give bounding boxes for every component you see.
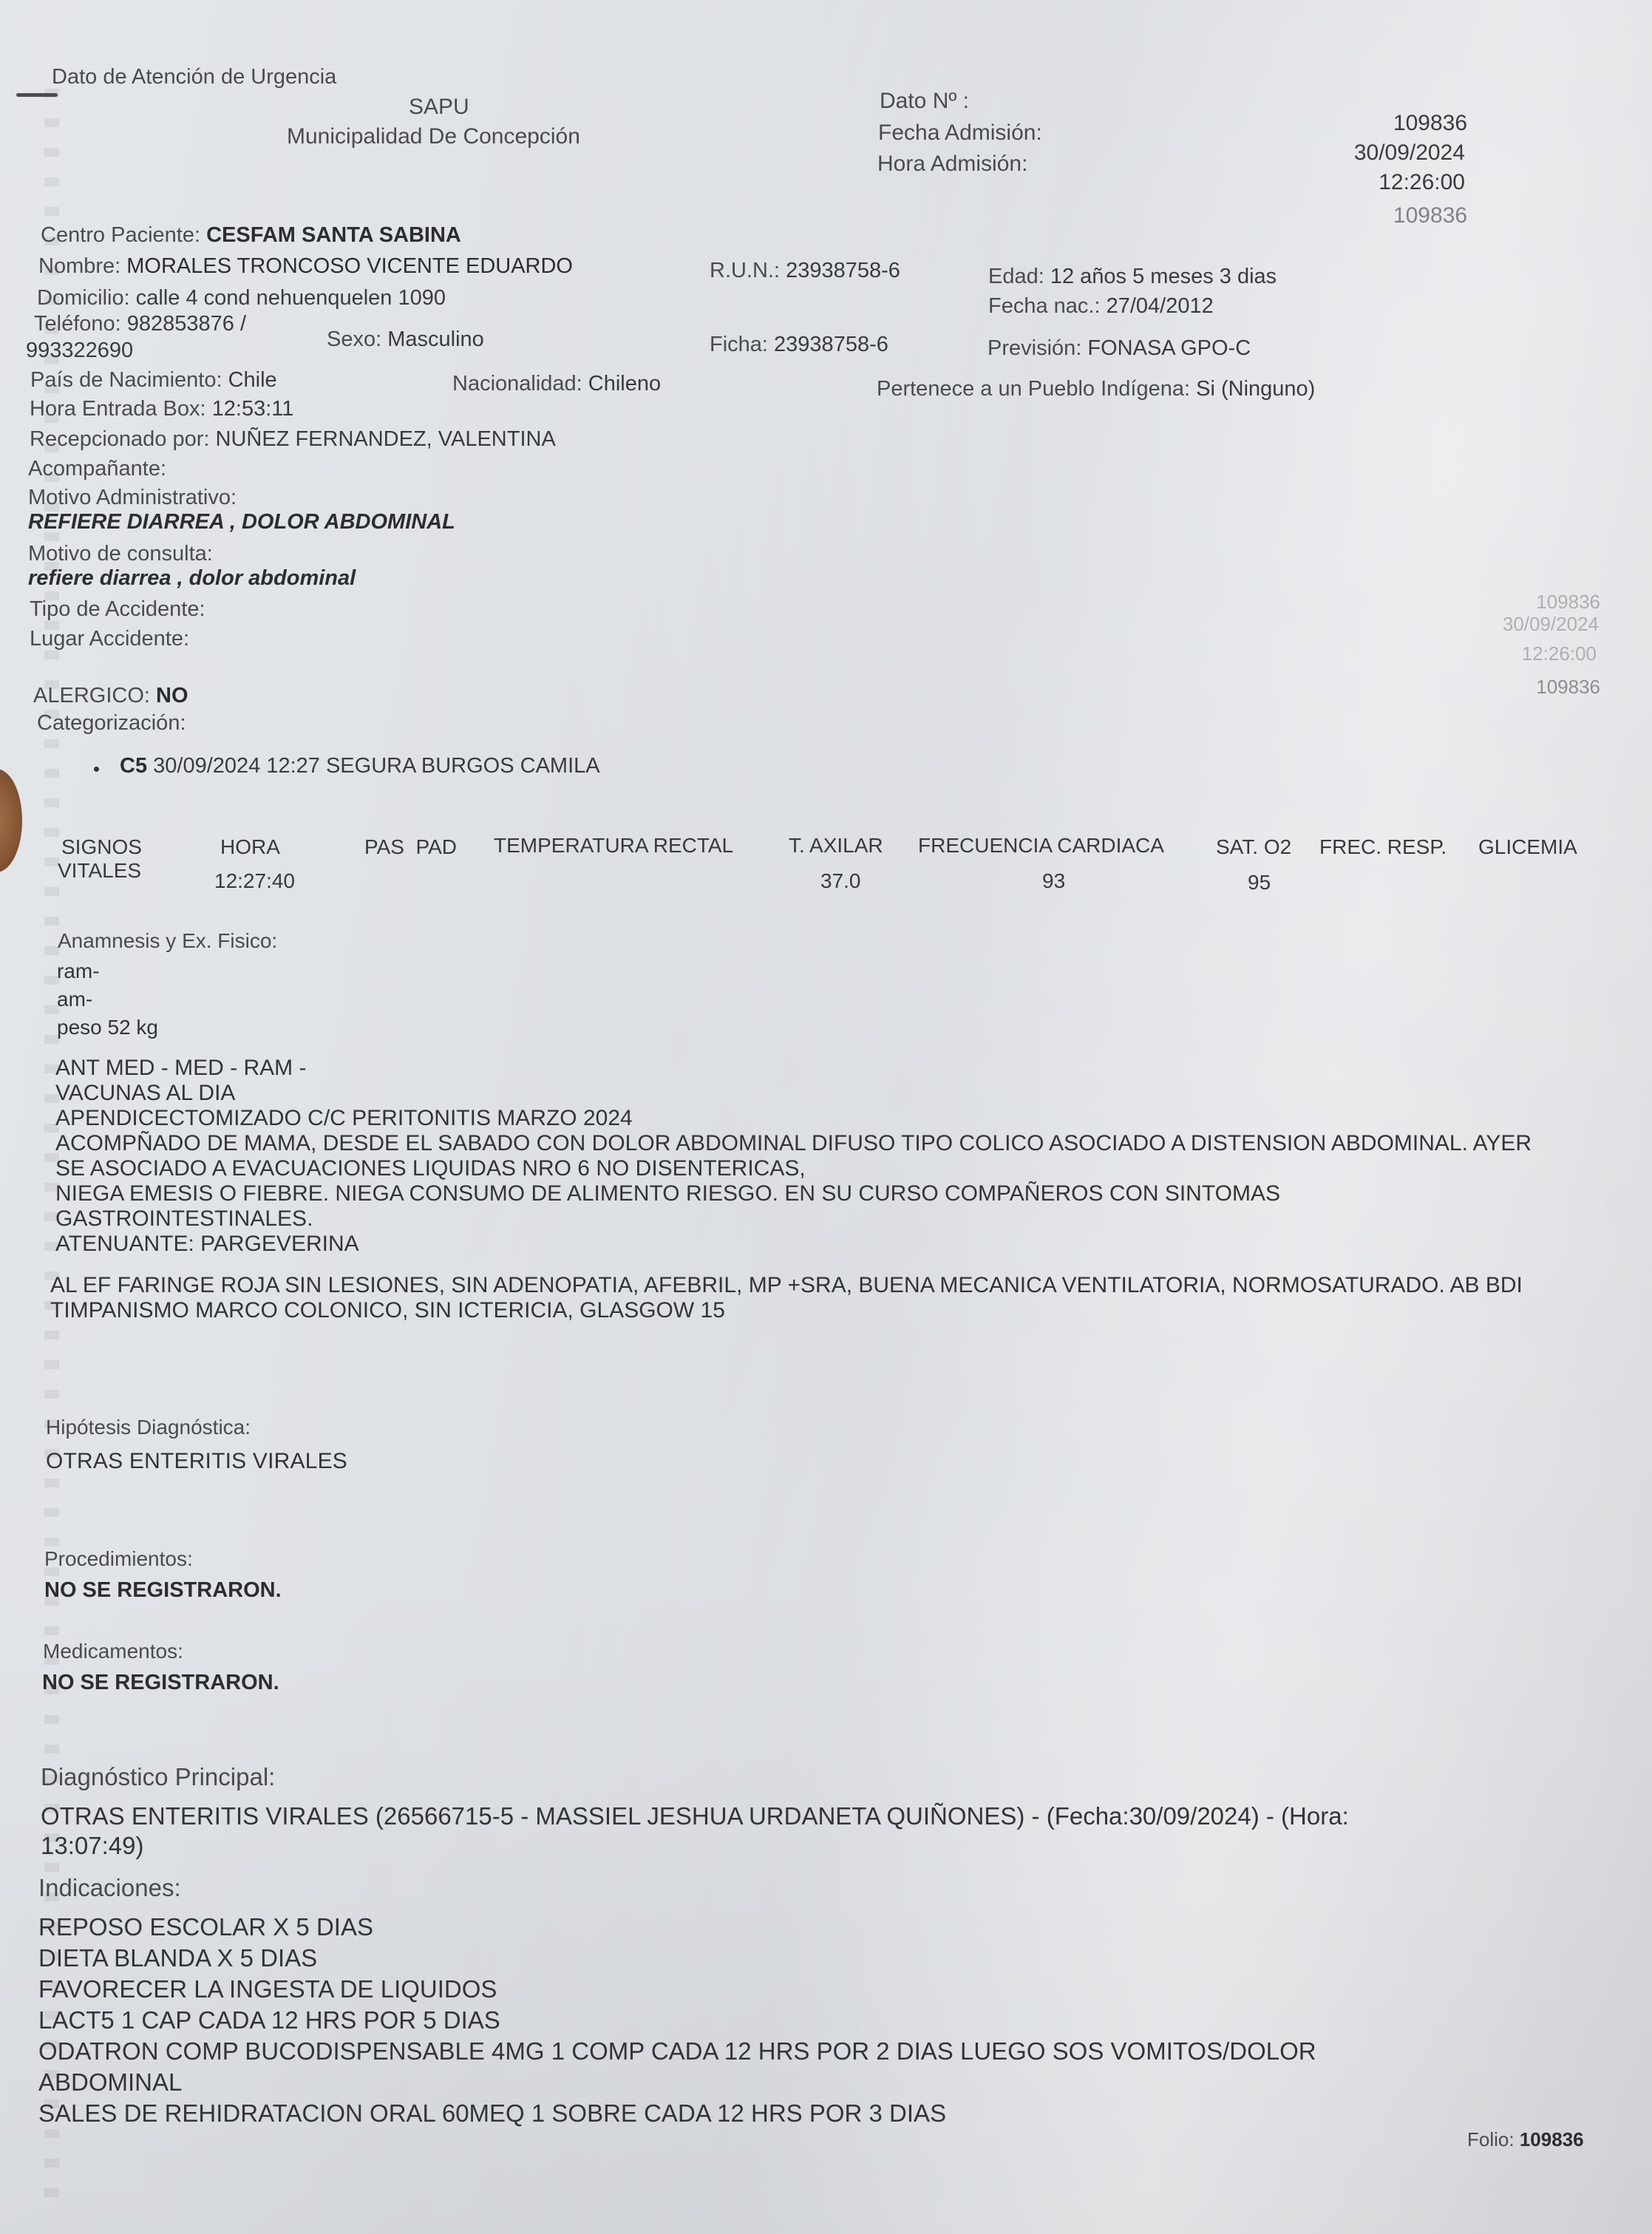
hora-box-value: 12:53:11 [212,397,294,421]
indicaciones-list: REPOSO ESCOLAR X 5 DIAS DIETA BLANDA X 5… [38,1912,1316,2129]
municipality-name: Municipalidad De Concepción [287,124,580,150]
hipotesis-label: Hipótesis Diagnóstica: [46,1416,251,1439]
procedimientos-label: Procedimientos: [44,1547,193,1571]
vitals-header-glicemia: GLICEMIA [1478,835,1577,859]
run-value: 23938758-6 [786,259,900,282]
indicaciones-label: Indicaciones: [38,1874,181,1902]
vitals-header-frec-cardiaca: FRECUENCIA CARDIACA [918,834,1164,858]
vitals-value-t-axilar: 37.0 [820,869,861,893]
pen-underline-mark [16,93,58,97]
run-row: R.U.N.: 23938758-6 [710,259,900,283]
fecha-admision-label: Fecha Admisión: [878,120,1042,146]
telefono-value-1: 982853876 / [127,312,246,336]
domicilio-value: calle 4 cond nehuenquelen 1090 [136,286,446,310]
pueblo-indigena-row: Pertenece a un Pueblo Indígena: Si (Ning… [877,377,1315,401]
anamnesis-line: APENDICECTOMIZADO C/C PERITONITIS MARZO … [55,1106,1532,1131]
motivo-admin-label: Motivo Administrativo: [28,486,237,510]
nacionalidad-label: Nacionalidad: [452,372,582,395]
indicacion-item: SALES DE REHIDRATACION ORAL 60MEQ 1 SOBR… [38,2098,1316,2129]
anamnesis-line: SE ASOCIADO A EVACUACIONES LIQUIDAS NRO … [55,1156,1532,1181]
ghost-mark: 30/09/2024 [1503,614,1599,636]
categorizacion-label: Categorización: [37,711,186,736]
hora-admision-value: 12:26:00 [1379,170,1465,196]
anamnesis-notes-a: ram- am- peso 52 kg [57,957,158,1042]
motivo-admin-value: REFIERE DIARREA , DOLOR ABDOMINAL [28,510,455,534]
vitals-header-temp-rectal: TEMPERATURA RECTAL [494,834,733,858]
edad-value: 12 años 5 meses 3 dias [1050,265,1277,288]
run-label: R.U.N.: [710,259,780,282]
folio-label: Folio: [1467,2128,1515,2150]
vitals-title-1: SIGNOS [61,835,142,859]
pais-label: País de Nacimiento: [30,368,222,392]
vitals-value-hora: 12:27:40 [214,869,295,893]
ghost-mark: 109836 [1536,676,1600,699]
categorizacion-entry: C5 30/09/2024 12:27 SEGURA BURGOS CAMILA [120,754,600,778]
institution-name: SAPU [409,95,469,120]
centro-value: CESFAM SANTA SABINA [206,223,461,247]
indicacion-item: LACT5 1 CAP CADA 12 HRS POR 5 DIAS [38,2005,1316,2036]
fecha-nac-value: 27/04/2012 [1107,294,1214,318]
anamnesis-line: ATENUANTE: PARGEVERINA [55,1232,1532,1257]
lugar-accidente-label: Lugar Accidente: [30,627,189,651]
anamnesis-line: VACUNAS AL DIA [55,1081,1532,1106]
bullet-icon [94,767,99,772]
alergico-value: NO [156,684,188,707]
dato-label: Dato Nº : [880,89,969,115]
vitals-header-frec-resp: FREC. RESP. [1319,835,1447,859]
ghost-mark: 12:26:00 [1522,643,1597,665]
edad-label: Edad: [988,265,1044,288]
categorizacion-code: C5 [120,754,147,778]
motivo-consulta-label: Motivo de consulta: [28,542,213,566]
ghost-mark: 109836 [1536,591,1600,614]
hora-box-row: Hora Entrada Box: 12:53:11 [30,397,293,421]
prevision-label: Previsión: [988,336,1081,360]
alergico-label: ALERGICO: [33,684,150,707]
sexo-label: Sexo: [327,327,381,351]
domicilio-label: Domicilio: [37,286,130,310]
vitals-header-pas-pad: PAS PAD [364,835,457,859]
anamnesis-line: ANT MED - MED - RAM - [55,1056,1532,1081]
folio-value: 109836 [1520,2128,1584,2150]
telefono-value-2: 993322690 [26,339,133,363]
motivo-consulta-value: refiere diarrea , dolor abdominal [28,566,356,591]
nacionalidad-row: Nacionalidad: Chileno [452,372,661,396]
telefono-label: Teléfono: [34,312,121,336]
hora-box-label: Hora Entrada Box: [30,397,206,421]
vitals-header-sat-o2: SAT. O2 [1216,835,1291,859]
indicacion-item: ODATRON COMP BUCODISPENSABLE 4MG 1 COMP … [38,2036,1316,2067]
categorizacion-detail: 30/09/2024 12:27 SEGURA BURGOS CAMILA [153,754,599,778]
domicilio-row: Domicilio: calle 4 cond nehuenquelen 109… [37,286,446,310]
anamnesis-notes-b: ANT MED - MED - RAM - VACUNAS AL DIA APE… [55,1056,1532,1257]
fecha-nac-label: Fecha nac.: [988,294,1101,318]
fecha-admision-value: 30/09/2024 [1354,140,1465,166]
diagnostico-label: Diagnóstico Principal: [41,1763,275,1791]
vitals-header-t-axilar: T. AXILAR [789,834,883,858]
nombre-label: Nombre: [38,254,120,278]
nombre-row: Nombre: MORALES TRONCOSO VICENTE EDUARDO [38,254,573,279]
vitals-value-sat-o2: 95 [1248,871,1271,894]
anamnesis-line: am- [57,985,158,1014]
ficha-row: Ficha: 23938758-6 [710,333,888,357]
prevision-value: FONASA GPO-C [1087,336,1251,360]
centro-label: Centro Paciente: [41,223,200,247]
exam-line: TIMPANISMO MARCO COLONICO, SIN ICTERICIA… [50,1298,1523,1323]
telefono-row: Teléfono: 982853876 / [34,312,246,336]
finger-holding-page [0,769,22,872]
vitals-header-hora: HORA [220,835,280,859]
ficha-label: Ficha: [710,333,768,356]
pais-value: Chile [228,368,277,392]
hipotesis-value: OTRAS ENTERITIS VIRALES [46,1449,347,1475]
folio-top-faint: 109836 [1393,203,1467,229]
folio-footer: Folio: 109836 [1467,2129,1584,2151]
indicacion-item: DIETA BLANDA X 5 DIAS [38,1943,1316,1974]
anamnesis-notes-c: AL EF FARINGE ROJA SIN LESIONES, SIN ADE… [50,1273,1523,1323]
tipo-accidente-label: Tipo de Accidente: [30,597,205,622]
diagnostico-line-2: 13:07:49) [41,1832,143,1860]
indicacion-item: ABDOMINAL [38,2067,1316,2098]
centro-paciente-row: Centro Paciente: CESFAM SANTA SABINA [41,223,461,248]
hora-admision-label: Hora Admisión: [877,152,1027,177]
alergico-row: ALERGICO: NO [33,684,188,708]
nombre-value: MORALES TRONCOSO VICENTE EDUARDO [126,254,573,278]
anamnesis-line: GASTROINTESTINALES. [55,1206,1532,1232]
fecha-nac-row: Fecha nac.: 27/04/2012 [988,294,1214,319]
anamnesis-line: ram- [57,957,158,985]
exam-line: AL EF FARINGE ROJA SIN LESIONES, SIN ADE… [50,1273,1523,1298]
edad-row: Edad: 12 años 5 meses 3 dias [988,265,1277,289]
indicacion-item: FAVORECER LA INGESTA DE LIQUIDOS [38,1974,1316,2005]
pueblo-value: Si (Ninguno) [1196,377,1315,401]
pueblo-label: Pertenece a un Pueblo Indígena: [877,377,1190,401]
acompanante-label: Acompañante: [28,457,166,481]
sexo-row: Sexo: Masculino [327,327,484,352]
sexo-value: Masculino [387,327,484,351]
diagnostico-line-1: OTRAS ENTERITIS VIRALES (26566715-5 - MA… [41,1802,1349,1830]
anamnesis-line: ACOMPÑADO DE MAMA, DESDE EL SABADO CON D… [55,1131,1532,1156]
pais-row: País de Nacimiento: Chile [30,368,277,393]
anamnesis-line: peso 52 kg [57,1014,158,1042]
recepcionado-value: NUÑEZ FERNANDEZ, VALENTINA [216,427,556,451]
medicamentos-label: Medicamentos: [43,1640,183,1663]
medicamentos-value: NO SE REGISTRARON. [42,1671,279,1695]
recepcionado-row: Recepcionado por: NUÑEZ FERNANDEZ, VALEN… [30,427,556,452]
document-title: Dato de Atención de Urgencia [52,65,336,89]
anamnesis-line: NIEGA EMESIS O FIEBRE. NIEGA CONSUMO DE … [55,1181,1532,1206]
procedimientos-value: NO SE REGISTRARON. [44,1578,282,1603]
prevision-row: Previsión: FONASA GPO-C [988,336,1251,361]
anamnesis-label: Anamnesis y Ex. Fisico: [58,929,277,953]
dato-number: 109836 [1393,111,1467,137]
indicacion-item: REPOSO ESCOLAR X 5 DIAS [38,1912,1316,1943]
ficha-value: 23938758-6 [774,333,888,356]
recepcionado-label: Recepcionado por: [30,427,209,451]
vitals-title-2: VITALES [58,859,141,883]
nacionalidad-value: Chileno [588,372,661,395]
vitals-value-frec-cardiaca: 93 [1042,869,1065,893]
